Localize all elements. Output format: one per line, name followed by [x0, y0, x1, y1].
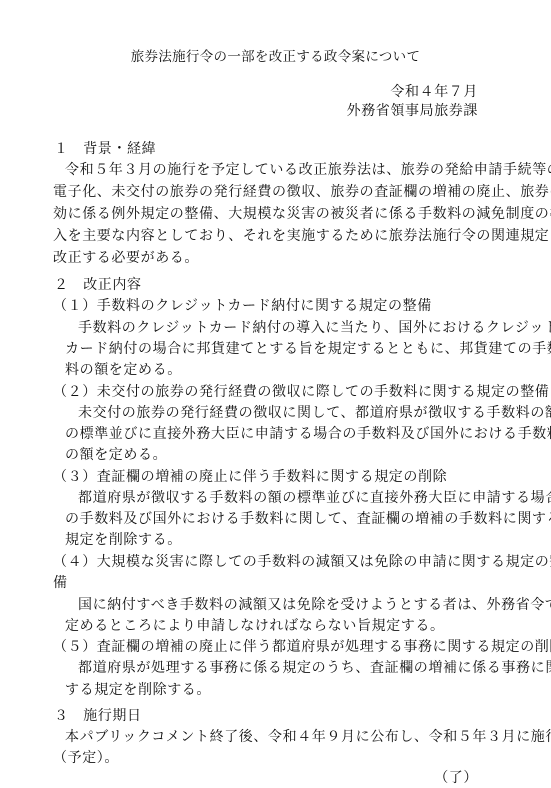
document-title: 旅券法施行令の一部を改正する政令案について: [0, 49, 551, 65]
item-heading-continuation: 備: [53, 575, 68, 591]
paragraph-line: 都道府県が徴収する手数料の額の標準並びに直接外務大臣に申請する場合: [78, 490, 551, 506]
paragraph-line: 未交付の旅券の発行経費の徴収に関して、都道府県が徴収する手数料の額: [78, 405, 551, 421]
paragraph-line: 令和５年３月の施行を予定している改正旅券法は、旅券の発給申請手続等の: [65, 162, 551, 178]
document-date: 令和４年７月: [390, 84, 478, 100]
paragraph-line: （予定）。: [53, 750, 119, 766]
document-department: 外務省領事局旅券課: [347, 103, 478, 119]
paragraph-line: 手数料のクレジットカード納付の導入に当たり、国外におけるクレジット: [78, 320, 551, 336]
paragraph-line: する規定を削除する。: [65, 682, 211, 698]
paragraph-line: 本パブリックコメント終了後、令和４年９月に公布し、令和５年３月に施行: [65, 729, 551, 745]
paragraph-line: 国に納付すべき手数料の減額又は免除を受けようとする者は、外務省令で: [78, 597, 551, 613]
item-heading: （１）手数料のクレジットカード納付に関する規定の整備: [53, 298, 432, 314]
paragraph-line: 定めるところにより申請しなければならない旨規定する。: [65, 618, 445, 634]
paragraph-line: の手数料及び国外における手数料に関して、査証欄の増補の手数料に関する: [65, 511, 551, 527]
paragraph-line: 効に係る例外規定の整備、大規模な災害の被災者に係る手数料の減免制度の導: [53, 206, 551, 222]
paragraph-line: の額を定める。: [65, 447, 167, 463]
paragraph-line: 改正する必要がある。: [53, 250, 199, 266]
paragraph-line: 電子化、未交付の旅券の発行経費の徴収、旅券の査証欄の増補の廃止、旅券の失: [53, 184, 551, 200]
item-heading: （５）査証欄の増補の廃止に伴う都道府県が処理する事務に関する規定の削除: [53, 639, 551, 655]
paragraph-line: 規定を削除する。: [65, 532, 182, 548]
paragraph-line: 都道府県が処理する事務に係る規定のうち、査証欄の増補に係る事務に関: [78, 660, 551, 676]
section-heading-effective-date: ３ 施行期日: [54, 708, 142, 724]
item-heading: （２）未交付の旅券の発行経費の徴収に際しての手数料に関する規定の整備: [53, 384, 549, 400]
item-heading: （４）大規模な災害に際しての手数料の減額又は免除の申請に関する規定の整: [53, 554, 551, 570]
paragraph-line: 入を主要な内容としており、それを実施するために旅券法施行令の関連規定を: [53, 228, 551, 244]
paragraph-line: 料の額を定める。: [65, 362, 182, 378]
document-page: 旅券法施行令の一部を改正する政令案について 令和４年７月 外務省領事局旅券課 １…: [0, 0, 551, 788]
item-heading: （３）査証欄の増補の廃止に伴う手数料に関する規定の削除: [53, 469, 447, 485]
section-heading-background: １ 背景・経緯: [54, 141, 156, 157]
paragraph-line: カード納付の場合に邦貨建てとする旨を規定するとともに、邦貨建ての手数: [65, 341, 551, 357]
section-heading-revisions: ２ 改正内容: [54, 277, 142, 293]
paragraph-line: の標準並びに直接外務大臣に申請する場合の手数料及び国外における手数料: [65, 426, 551, 442]
end-mark: （了）: [434, 770, 478, 786]
